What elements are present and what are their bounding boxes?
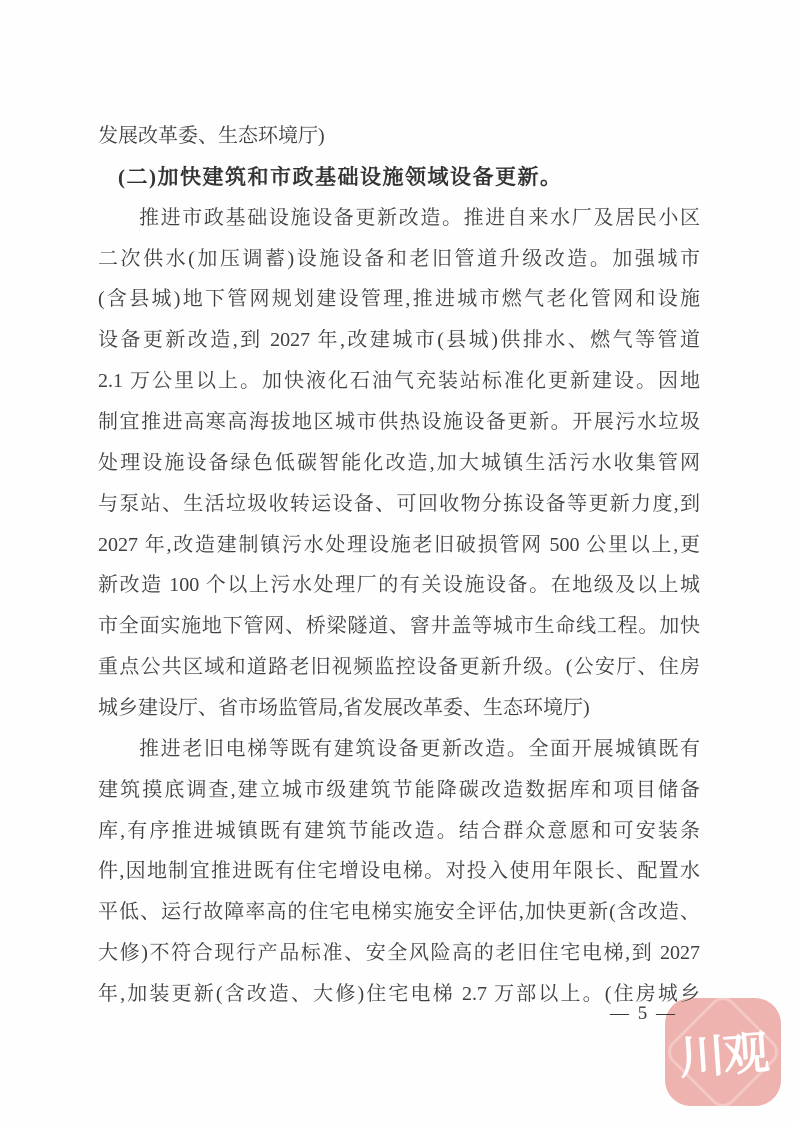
body-line: 市全面实施地下管网、桥梁隧道、窨井盖等城市生命线工程。加快 [98, 606, 700, 647]
body-line: 推进市政基础设施设备更新改造。推进自来水厂及居民小区 [98, 198, 700, 239]
body-line: 建筑摸底调查,建立城市级建筑节能降碳改造数据库和项目储备 [98, 770, 700, 811]
body-line: 推进老旧电梯等既有建筑设备更新改造。全面开展城镇既有 [98, 729, 700, 770]
document-page: 发展改革委、生态环境厅) (二)加快建筑和市政基础设施领域设备更新。 推进市政基… [0, 0, 794, 1123]
body-line: 大修)不符合现行产品标准、安全风险高的老旧住宅电梯,到 2027 [98, 933, 700, 974]
document-text: 发展改革委、生态环境厅) (二)加快建筑和市政基础设施领域设备更新。 推进市政基… [98, 116, 700, 1015]
body-line: 与泵站、生活垃圾收转运设备、可回收物分拣设备等更新力度,到 [98, 484, 700, 525]
body-line: 设备更新改造,到 2027 年,改建城市(县城)供排水、燃气等管道 [98, 320, 700, 361]
body-line: 制宜推进高寒高海拔地区城市供热设施设备更新。开展污水垃圾 [98, 402, 700, 443]
body-line: 重点公共区域和道路老旧视频监控设备更新升级。(公安厅、住房 [98, 647, 700, 688]
body-line: 2.1 万公里以上。加快液化石油气充装站标准化更新建设。因地 [98, 361, 700, 402]
body-line: (含县城)地下管网规划建设管理,推进城市燃气老化管网和设施 [98, 279, 700, 320]
continuation-line: 发展改革委、生态环境厅) [98, 116, 700, 157]
body-line: 2027 年,改造建制镇污水处理设施老旧破损管网 500 公里以上,更 [98, 525, 700, 566]
body-line: 库,有序推进城镇既有建筑节能改造。结合群众意愿和可安装条 [98, 811, 700, 852]
body-line: 处理设施设备绿色低碳智能化改造,加大城镇生活污水收集管网 [98, 443, 700, 484]
body-line: 新改造 100 个以上污水处理厂的有关设施设备。在地级及以上城 [98, 565, 700, 606]
body-line: 二次供水(加压调蓄)设施设备和老旧管道升级改造。加强城市 [98, 239, 700, 280]
body-line: 件,因地制宜推进既有住宅增设电梯。对投入使用年限长、配置水 [98, 851, 700, 892]
body-line: 城乡建设厅、省市场监管局,省发展改革委、生态环境厅) [98, 688, 700, 729]
page-number: — 5 — [610, 1003, 677, 1025]
section-heading: (二)加快建筑和市政基础设施领域设备更新。 [98, 157, 700, 198]
body-line: 平低、运行故障率高的住宅电梯实施安全评估,加快更新(含改造、 [98, 892, 700, 933]
